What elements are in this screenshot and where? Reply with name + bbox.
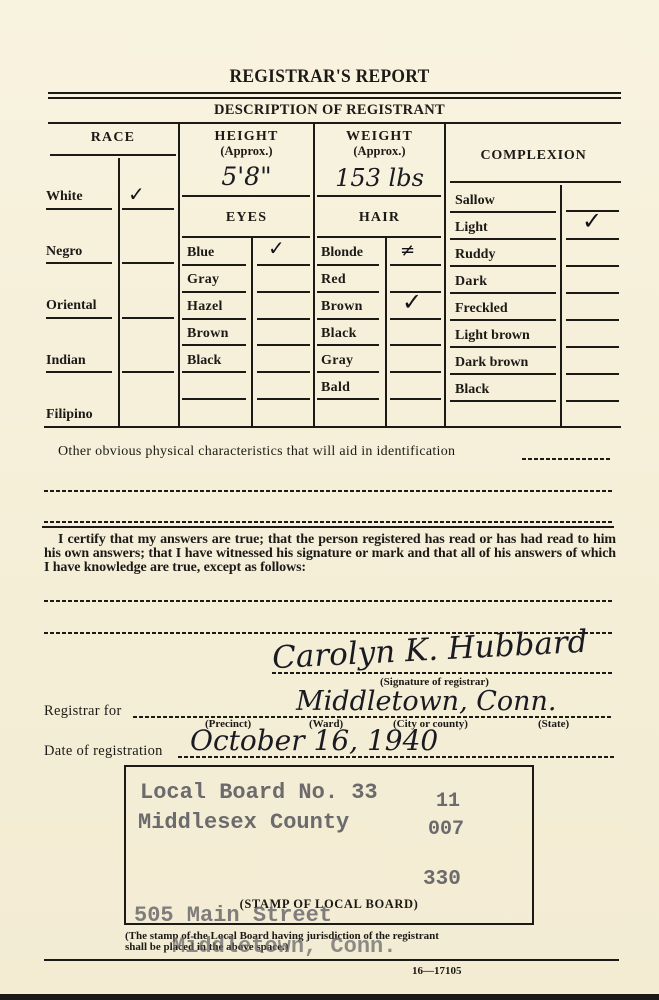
date-of-registration-label: Date of registration bbox=[44, 743, 163, 760]
underline bbox=[257, 398, 310, 400]
eyes-blue-checkmark[interactable]: ✓ bbox=[268, 236, 285, 260]
title-rule-bottom bbox=[48, 97, 621, 99]
complexion-light-label: Light bbox=[455, 220, 488, 236]
stamp-county: Middlesex County bbox=[138, 810, 349, 835]
race-white-checkmark[interactable]: ✓ bbox=[128, 182, 145, 206]
race-header: RACE bbox=[48, 130, 178, 146]
hair-bald-label: Bald bbox=[321, 380, 350, 396]
underline bbox=[317, 291, 379, 293]
underline bbox=[450, 292, 556, 294]
underline bbox=[257, 318, 310, 320]
hair-header: HAIR bbox=[315, 210, 444, 226]
underline bbox=[257, 344, 310, 346]
underline bbox=[122, 262, 174, 264]
race-mark-divider bbox=[118, 158, 120, 426]
eyes-header: EYES bbox=[180, 210, 313, 226]
complexion-dark-label: Dark bbox=[455, 274, 487, 290]
complexion-freckled-label: Freckled bbox=[455, 301, 508, 317]
underline bbox=[317, 371, 379, 373]
stamp-address-street: 505 Main Street bbox=[134, 903, 332, 928]
underline bbox=[450, 181, 621, 183]
height-value[interactable]: 5'8" bbox=[180, 162, 313, 191]
underline bbox=[46, 371, 112, 373]
page-title: REGISTRAR'S REPORT bbox=[26, 66, 632, 88]
eyes-blue-label: Blue bbox=[187, 245, 214, 261]
hair-mark-divider bbox=[385, 238, 387, 426]
underline bbox=[390, 344, 441, 346]
underline bbox=[450, 211, 556, 213]
underline bbox=[46, 317, 112, 319]
underline bbox=[46, 208, 112, 210]
signature-line bbox=[272, 672, 612, 674]
date-of-registration-value[interactable]: October 16, 1940 bbox=[190, 724, 438, 757]
underline bbox=[566, 210, 619, 212]
underline bbox=[566, 265, 619, 267]
stamp-number-1: 11 bbox=[436, 790, 460, 813]
underline bbox=[317, 195, 441, 197]
form-number: 16—17105 bbox=[412, 966, 462, 977]
other-characteristics-line-3[interactable] bbox=[44, 521, 612, 523]
underline bbox=[182, 236, 310, 238]
stamp-board-number: Local Board No. 33 bbox=[140, 780, 378, 805]
underline bbox=[122, 208, 174, 210]
hair-black-label: Black bbox=[321, 326, 357, 342]
stamp-number-3: 330 bbox=[423, 868, 461, 891]
underline bbox=[450, 400, 556, 402]
eyes-black-label: Black bbox=[187, 353, 221, 369]
registrar-for-value[interactable]: Middletown, Conn. bbox=[296, 686, 557, 717]
state-caption: (State) bbox=[538, 718, 569, 730]
underline bbox=[182, 264, 246, 266]
complexion-light-brown-label: Light brown bbox=[455, 328, 530, 344]
section-title: DESCRIPTION OF REGISTRANT bbox=[0, 102, 659, 119]
underline bbox=[122, 371, 174, 373]
underline bbox=[257, 371, 310, 373]
underline bbox=[317, 318, 379, 320]
eyes-hazel-label: Hazel bbox=[187, 299, 223, 315]
underline bbox=[566, 238, 619, 240]
underline bbox=[390, 398, 441, 400]
hair-red-label: Red bbox=[321, 272, 346, 288]
weight-approx-label: (Approx.) bbox=[315, 144, 444, 159]
underline bbox=[182, 371, 246, 373]
underline bbox=[566, 319, 619, 321]
underline bbox=[317, 398, 379, 400]
other-characteristics-label: Other obvious physical characteristics t… bbox=[58, 444, 455, 460]
complexion-sallow-label: Sallow bbox=[455, 193, 495, 209]
underline bbox=[257, 291, 310, 293]
eyes-gray-label: Gray bbox=[187, 272, 219, 288]
weight-value[interactable]: 153 lbs bbox=[315, 164, 444, 192]
hair-blonde-strikeout-mark[interactable]: ≠ bbox=[400, 240, 415, 261]
table-bottom-rule bbox=[44, 426, 621, 428]
section-rule bbox=[42, 526, 614, 528]
hair-brown-checkmark[interactable]: ✓ bbox=[402, 288, 422, 316]
underline bbox=[390, 318, 441, 320]
underline bbox=[566, 373, 619, 375]
other-characteristics-field[interactable] bbox=[522, 458, 612, 460]
underline bbox=[390, 264, 441, 266]
race-indian-label: Indian bbox=[46, 353, 86, 369]
underline bbox=[182, 344, 246, 346]
registrar-for-label: Registrar for bbox=[44, 703, 122, 720]
underline bbox=[317, 344, 379, 346]
footer-rule bbox=[44, 959, 619, 961]
title-rule-top bbox=[48, 92, 621, 94]
underline bbox=[46, 262, 112, 264]
race-filipino-label: Filipino bbox=[46, 407, 93, 423]
registration-card: REGISTRAR'S REPORT DESCRIPTION OF REGIST… bbox=[0, 0, 659, 1000]
stamp-number-2: 007 bbox=[428, 818, 464, 841]
underline bbox=[317, 236, 441, 238]
hair-gray-label: Gray bbox=[321, 353, 353, 369]
underline bbox=[566, 400, 619, 402]
underline bbox=[450, 319, 556, 321]
underline bbox=[450, 265, 556, 267]
eyes-mark-divider bbox=[251, 238, 253, 426]
underline bbox=[122, 317, 174, 319]
underline bbox=[566, 346, 619, 348]
complexion-header: COMPLEXION bbox=[446, 148, 621, 164]
underline bbox=[317, 264, 379, 266]
underline bbox=[182, 398, 246, 400]
complexion-mark-divider bbox=[560, 185, 562, 426]
height-approx-label: (Approx.) bbox=[180, 144, 313, 159]
underline bbox=[390, 371, 441, 373]
hair-blonde-label: Blonde bbox=[321, 245, 363, 261]
underline bbox=[450, 373, 556, 375]
col-divider-weight bbox=[444, 124, 446, 426]
hair-brown-label: Brown bbox=[321, 299, 363, 315]
height-header: HEIGHT bbox=[180, 129, 313, 145]
complexion-black-label: Black bbox=[455, 382, 489, 398]
eyes-brown-label: Brown bbox=[187, 326, 229, 342]
underline bbox=[450, 346, 556, 348]
underline bbox=[450, 238, 556, 240]
certification-text: I certify that my answers are true; that… bbox=[44, 533, 616, 575]
underline bbox=[182, 318, 246, 320]
complexion-dark-brown-label: Dark brown bbox=[455, 355, 528, 371]
underline bbox=[182, 195, 310, 197]
race-header-rule bbox=[50, 154, 176, 156]
race-negro-label: Negro bbox=[46, 244, 82, 260]
stamp-address-city: Middletown, Conn. bbox=[172, 934, 396, 959]
table-top-rule bbox=[48, 122, 621, 124]
underline bbox=[182, 291, 246, 293]
weight-header: WEIGHT bbox=[315, 129, 444, 145]
other-characteristics-line-2[interactable] bbox=[44, 490, 612, 492]
underline bbox=[257, 264, 310, 266]
exceptions-field[interactable] bbox=[44, 600, 612, 602]
complexion-ruddy-label: Ruddy bbox=[455, 247, 495, 263]
race-white-label: White bbox=[46, 189, 83, 205]
race-oriental-label: Oriental bbox=[46, 298, 97, 314]
underline bbox=[566, 292, 619, 294]
